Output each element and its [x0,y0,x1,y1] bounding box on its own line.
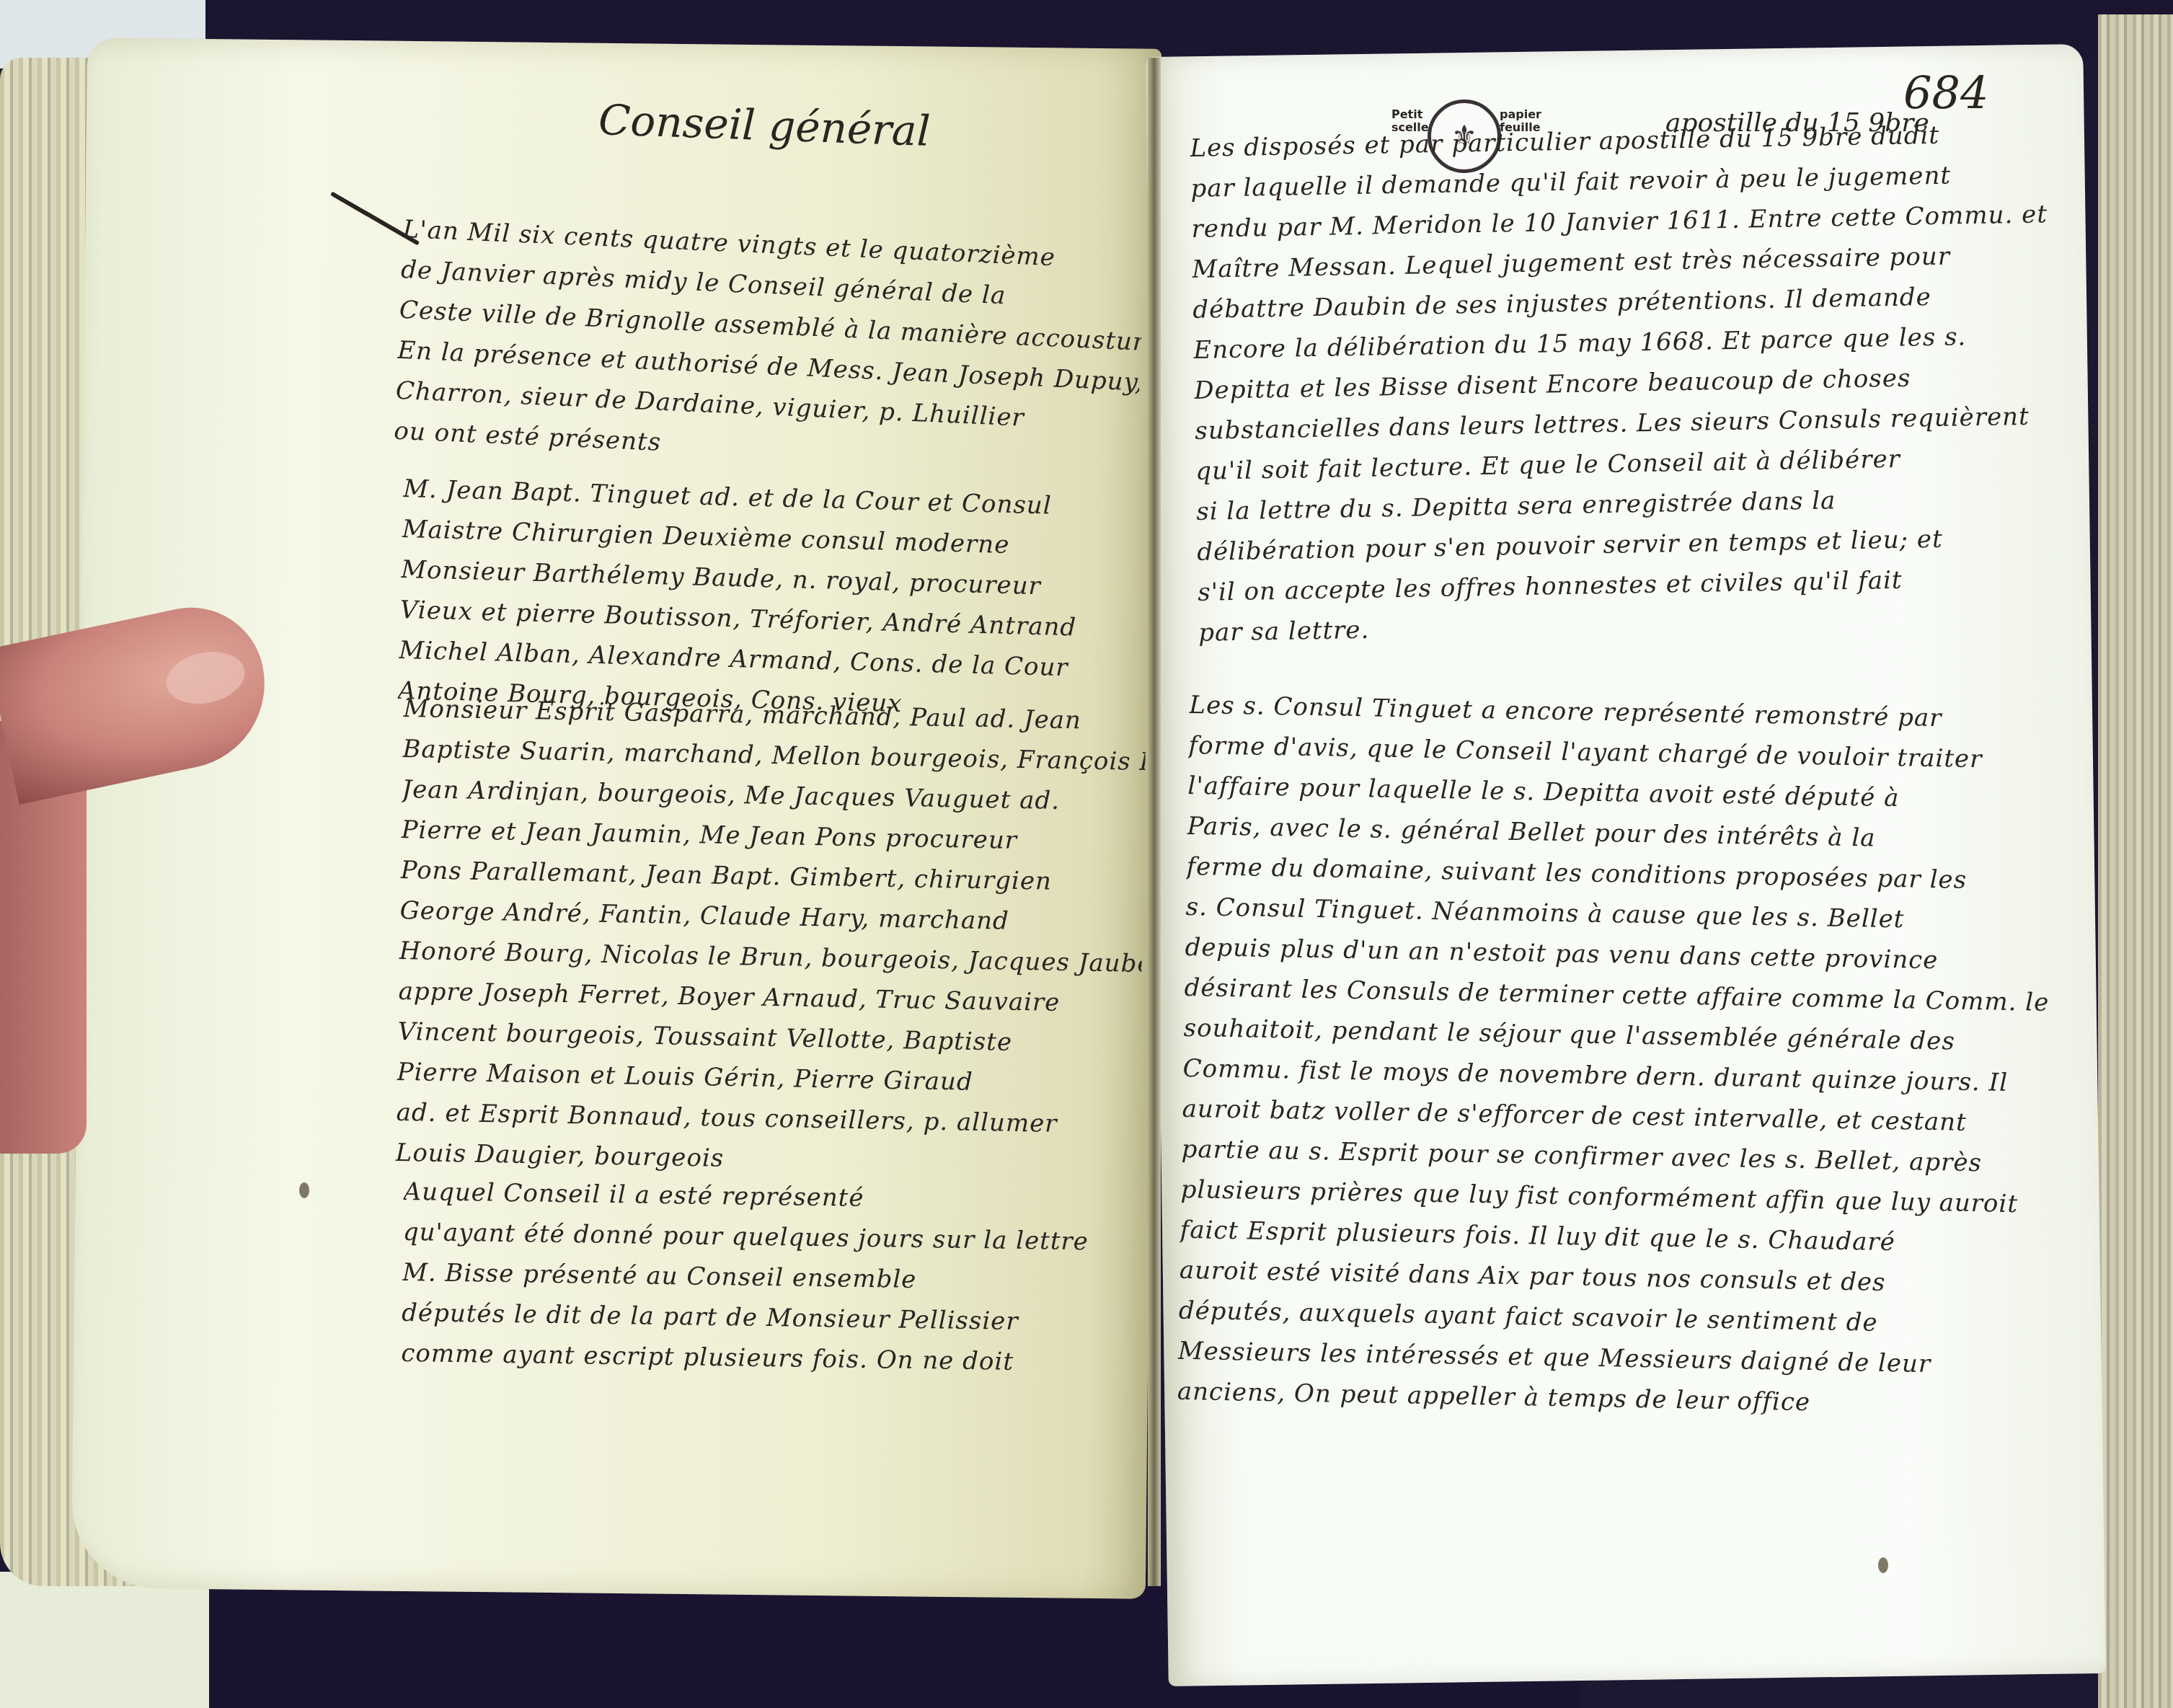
left-paragraph-1: L'an Mil six cents quatre vingts et le q… [393,209,1146,484]
book-gutter [1148,58,1161,1586]
background-table [0,1572,216,1708]
left-paragraph-3: Monsieur Esprit Gasparra, marchand, Paul… [395,689,1146,1186]
wormhole [299,1182,309,1198]
wormhole [1878,1557,1888,1573]
right-paragraph-2: Les s. Consul Tinguet a encore représent… [1177,685,2083,1427]
left-paragraph-4: Auquel Conseil il a esté représenté qu'a… [401,1172,1146,1384]
book-edge-right [2098,14,2173,1708]
right-paragraph-1: Les disposés et par particulier apostill… [1190,112,2093,653]
